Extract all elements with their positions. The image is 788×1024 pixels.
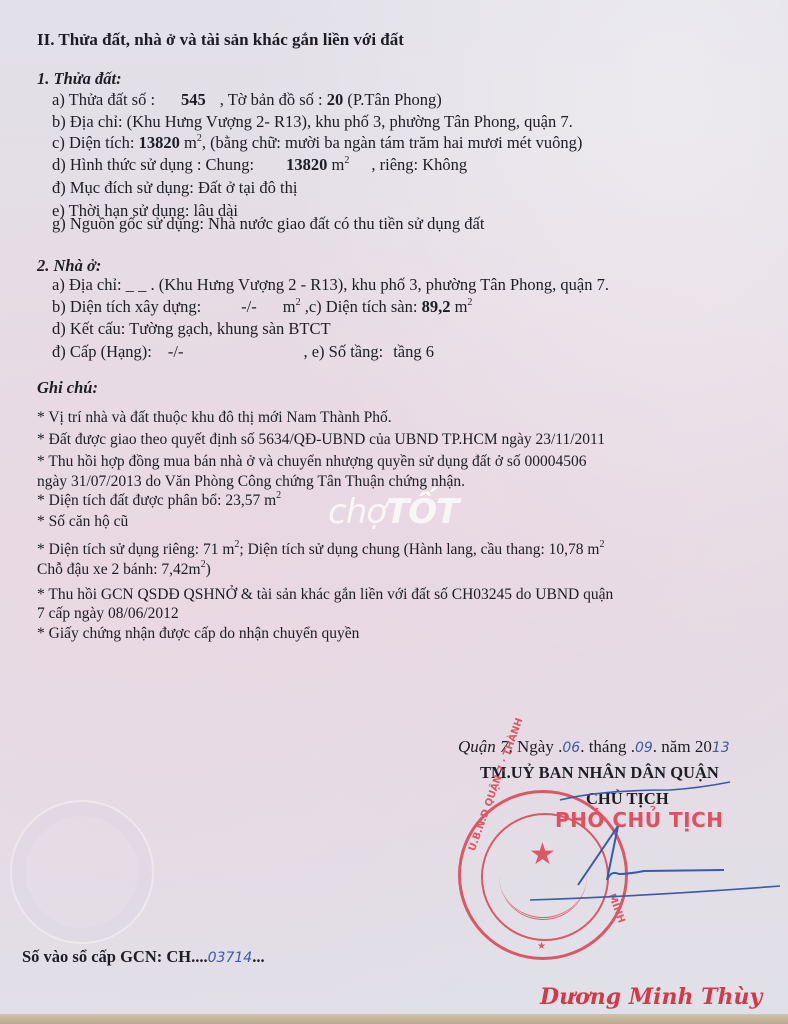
printed-title: CHỦ TỊCH bbox=[586, 789, 669, 809]
note-item-continuation: Chỗ đậu xe 2 bánh: 7,42m2) bbox=[37, 560, 211, 580]
land-usage-form: d) Hình thức sử dụng : Chung:13820 m2, r… bbox=[52, 155, 467, 175]
note-item: * Đất được giao theo quyết định số 5634/… bbox=[37, 430, 605, 450]
land-area-line: c) Diện tích: 13820 m2, (bằng chữ: mười … bbox=[52, 133, 582, 153]
area-in-words: , (bằng chữ: mười ba ngàn tám trăm hai m… bbox=[202, 133, 583, 152]
area-value: 13820 bbox=[139, 133, 180, 152]
floor-area-value: 89,2 bbox=[422, 297, 451, 316]
authority-title: TM.UỶ BAN NHÂN DÂN QUẬN bbox=[480, 763, 719, 783]
area-label: c) Diện tích: bbox=[52, 133, 134, 152]
map-sheet-label: , Tờ bản đồ số : bbox=[220, 90, 323, 109]
registry-number: Số vào sổ cấp GCN: CH....03714... bbox=[22, 947, 265, 968]
handwritten-month: 09 bbox=[635, 740, 653, 756]
land-heading: 1. Thửa đất: bbox=[37, 69, 122, 89]
private-area: , riêng: Không bbox=[371, 155, 467, 174]
page-edge bbox=[0, 1014, 788, 1024]
note-item-continuation: 7 cấp ngày 08/06/2012 bbox=[37, 604, 179, 624]
house-grade-floors: đ) Cấp (Hạng):-/-, e) Số tầng:tầng 6 bbox=[52, 342, 434, 362]
seal-small-star-icon: ★ bbox=[537, 941, 546, 952]
land-origin: g) Nguồn gốc sử dụng: Nhà nước giao đất … bbox=[52, 214, 484, 234]
land-address: b) Địa chỉ: (Khu Hưng Vượng 2- R13), khu… bbox=[52, 112, 573, 132]
place-date: Quận 7, Ngày .06. tháng .09. năm 2013 bbox=[458, 737, 730, 758]
note-item: * Thu hồi hợp đồng mua bán nhà ở và chuy… bbox=[37, 452, 587, 472]
embossed-seal bbox=[10, 800, 154, 944]
handwritten-year: 13 bbox=[712, 740, 730, 756]
signer-name: Dương Minh Thùy bbox=[540, 984, 762, 1010]
house-structure: d) Kết cấu: Tường gạch, khung sàn BTCT bbox=[52, 319, 331, 339]
note-item-continuation: ngày 31/07/2013 do Văn Phòng Công chứng … bbox=[37, 472, 465, 492]
parcel-label: a) Thửa đất số : bbox=[52, 90, 155, 109]
land-parcel-line: a) Thửa đất số :545, Tờ bản đồ số : 20 (… bbox=[52, 90, 442, 110]
note-item: * Vị trí nhà và đất thuộc khu đô thị mới… bbox=[37, 408, 392, 428]
handwritten-day: 06 bbox=[562, 740, 580, 756]
note-item: * Diện tích sử dụng riêng: 71 m2; Diện t… bbox=[37, 540, 605, 560]
chotot-watermark: chợTỐT bbox=[328, 492, 458, 532]
seal-star-icon: ★ bbox=[529, 837, 556, 872]
floors-value: tầng 6 bbox=[393, 342, 434, 361]
ward-note: (P.Tân Phong) bbox=[347, 90, 441, 109]
shared-area-value: 13820 bbox=[286, 155, 327, 174]
parcel-number: 545 bbox=[181, 90, 206, 109]
note-item: * Thu hồi GCN QSDĐ QSHNỞ & tài sản khác … bbox=[37, 585, 613, 605]
house-heading: 2. Nhà ở: bbox=[37, 256, 101, 276]
land-purpose: đ) Mục đích sử dụng: Đất ở tại đô thị bbox=[52, 178, 297, 198]
house-area-line: b) Diện tích xây dựng:-/-m2 ,c) Diện tíc… bbox=[52, 297, 472, 317]
house-address: a) Địa chỉ: _ _ . (Khu Hưng Vượng 2 - R1… bbox=[52, 275, 609, 295]
notes-heading: Ghi chú: bbox=[37, 378, 98, 398]
usage-form-label: d) Hình thức sử dụng : Chung: bbox=[52, 155, 254, 174]
area-unit: m bbox=[184, 133, 197, 152]
note-item: * Giấy chứng nhận được cấp do nhận chuyể… bbox=[37, 624, 359, 644]
handwritten-registry-number: 03714 bbox=[208, 950, 253, 966]
note-item: * Diện tích đất được phân bổ: 23,57 m2 bbox=[37, 491, 281, 511]
built-area-value: -/- bbox=[241, 297, 257, 316]
map-sheet-number: 20 bbox=[327, 90, 344, 109]
section-title: II. Thửa đất, nhà ở và tài sản khác gắn … bbox=[37, 30, 404, 50]
stamped-title: PHÓ CHỦ TỊCH bbox=[555, 808, 723, 832]
note-item: * Số căn hộ cũ bbox=[37, 512, 128, 532]
